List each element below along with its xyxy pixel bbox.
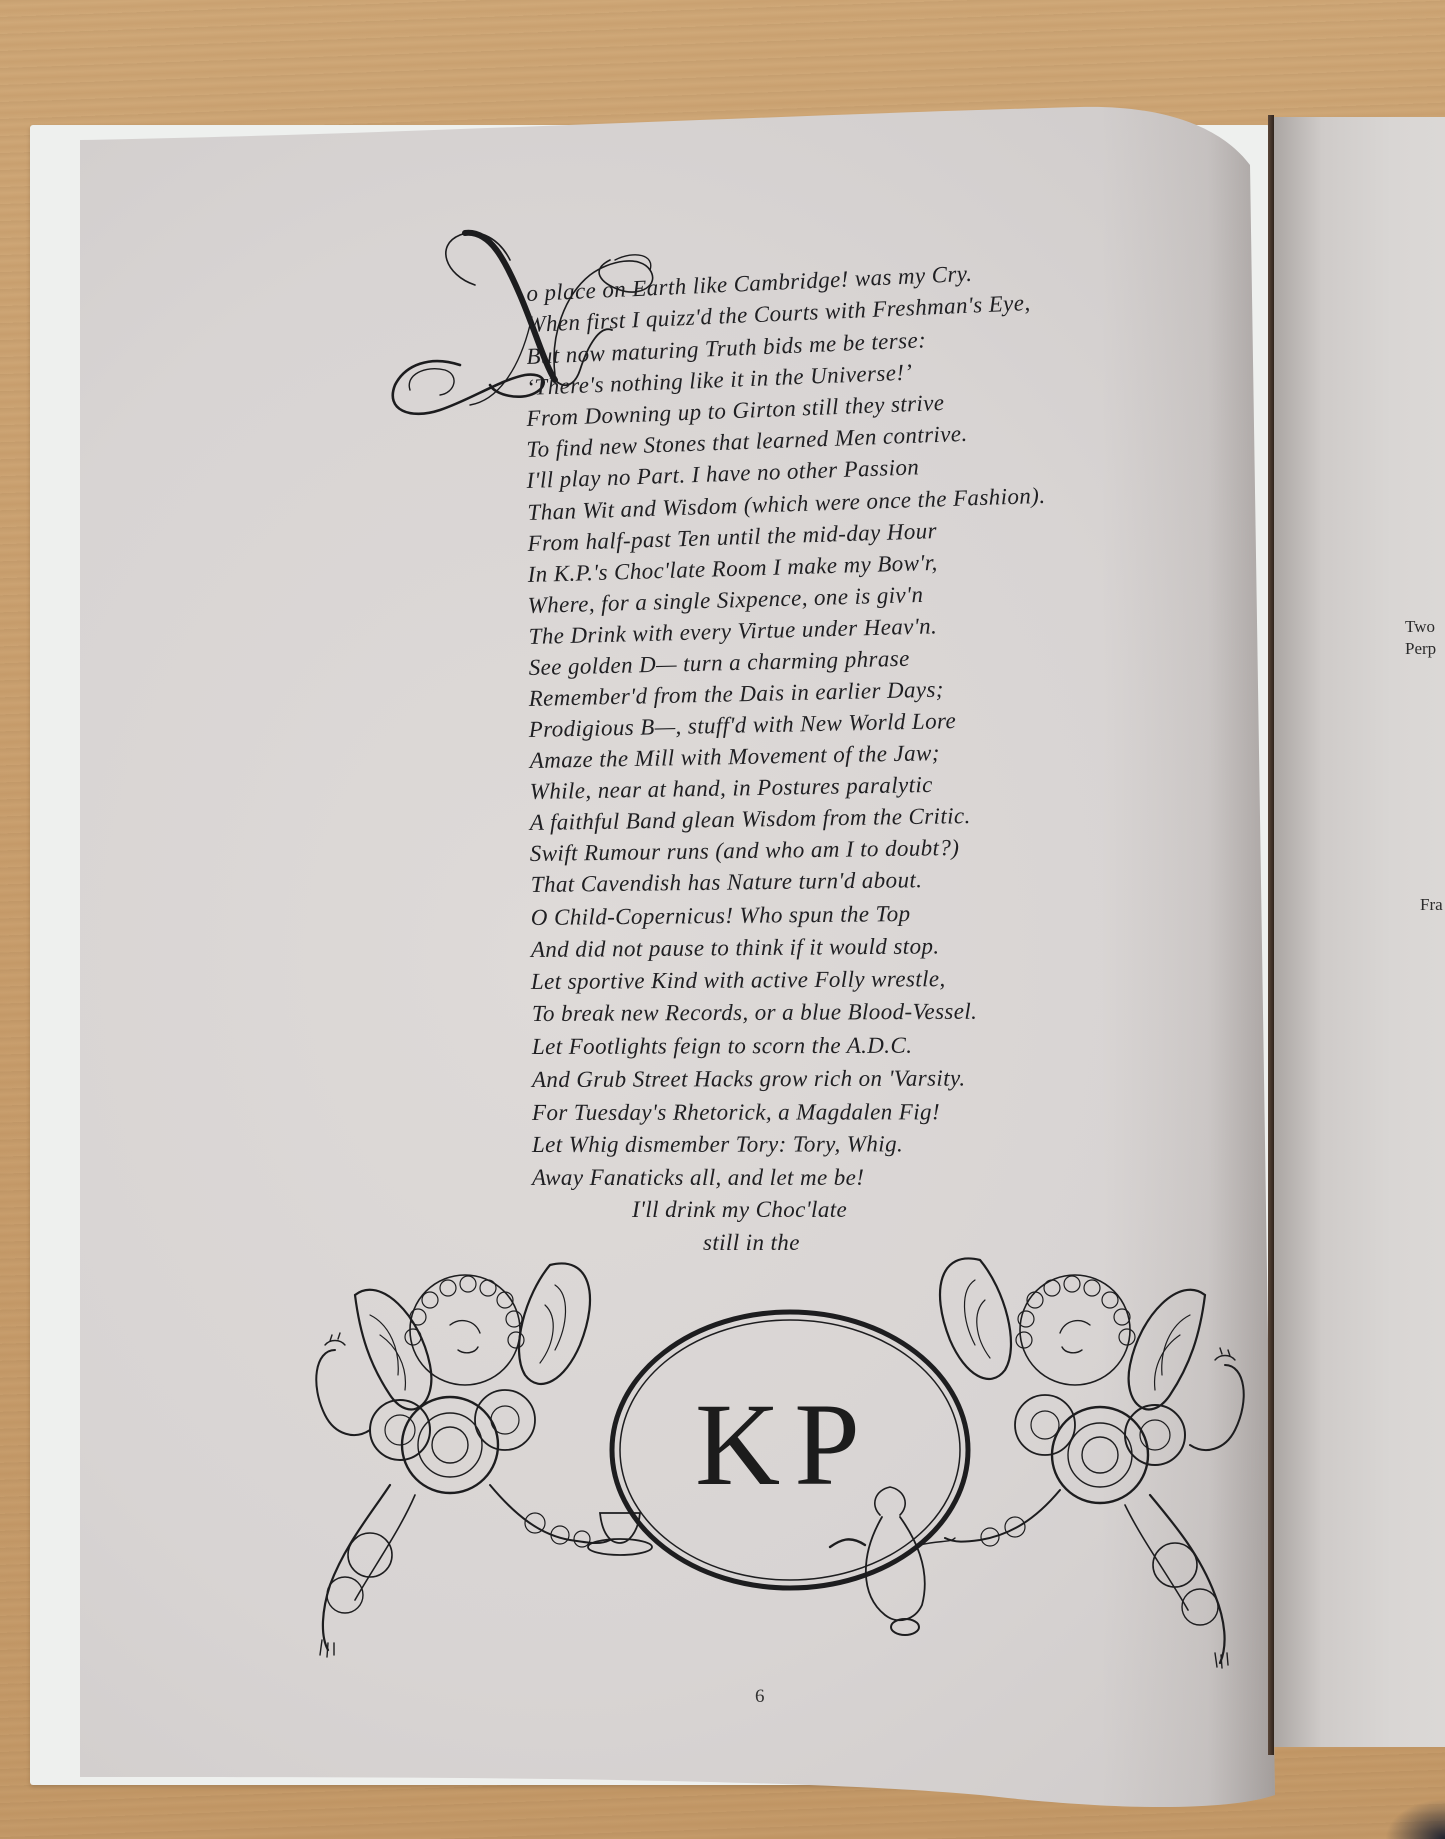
poem-line: Remember'd from the Dais in earlier Days…: [528, 677, 944, 712]
closing-line: still in the: [703, 1230, 800, 1256]
poem-line: Let Whig dismember Tory: Tory, Whig.: [532, 1131, 903, 1158]
kp-monogram: KP: [695, 1377, 874, 1513]
poem-line: Let Footlights feign to scorn the A.D.C.: [532, 1033, 912, 1060]
poem-line: Let sportive Kind with active Folly wres…: [531, 966, 946, 995]
poem-line: For Tuesday's Rhetorick, a Magdalen Fig!: [532, 1099, 940, 1126]
poem-line: Prodigious B—, stuff'd with New World Lo…: [528, 708, 956, 743]
poem-line: And Grub Street Hacks grow rich on 'Vars…: [532, 1065, 966, 1093]
poem-line: To break new Records, or a blue Blood-Ve…: [532, 999, 978, 1027]
poem-line: That Cavendish has Nature turn'd about.: [531, 867, 923, 898]
kp-emblem: KP: [300, 1255, 1260, 1675]
poem-line: O Child-Copernicus! Who spun the Top: [531, 901, 911, 931]
page-number: 6: [755, 1686, 765, 1708]
poem-line: And did not pause to think if it would s…: [531, 933, 940, 963]
poem-line: Where, for a single Sixpence, one is giv…: [527, 582, 923, 619]
poem-line: A faithful Band glean Wisdom from the Cr…: [530, 803, 971, 836]
closing-line: I'll drink my Choc'late: [632, 1197, 847, 1223]
poem-line: Amaze the Mill with Movement of the Jaw;: [530, 740, 941, 774]
poem-line: See golden D— turn a charming phrase: [528, 646, 910, 681]
poem-line: The Drink with every Virtue under Heav'n…: [528, 613, 937, 650]
table-shadow-corner: [1385, 1799, 1445, 1839]
poem-line: Swift Rumour runs (and who am I to doubt…: [530, 835, 960, 867]
poem-line: While, near at hand, in Postures paralyt…: [530, 772, 933, 805]
poem-line: Away Fanaticks all, and let me be!: [532, 1165, 864, 1191]
